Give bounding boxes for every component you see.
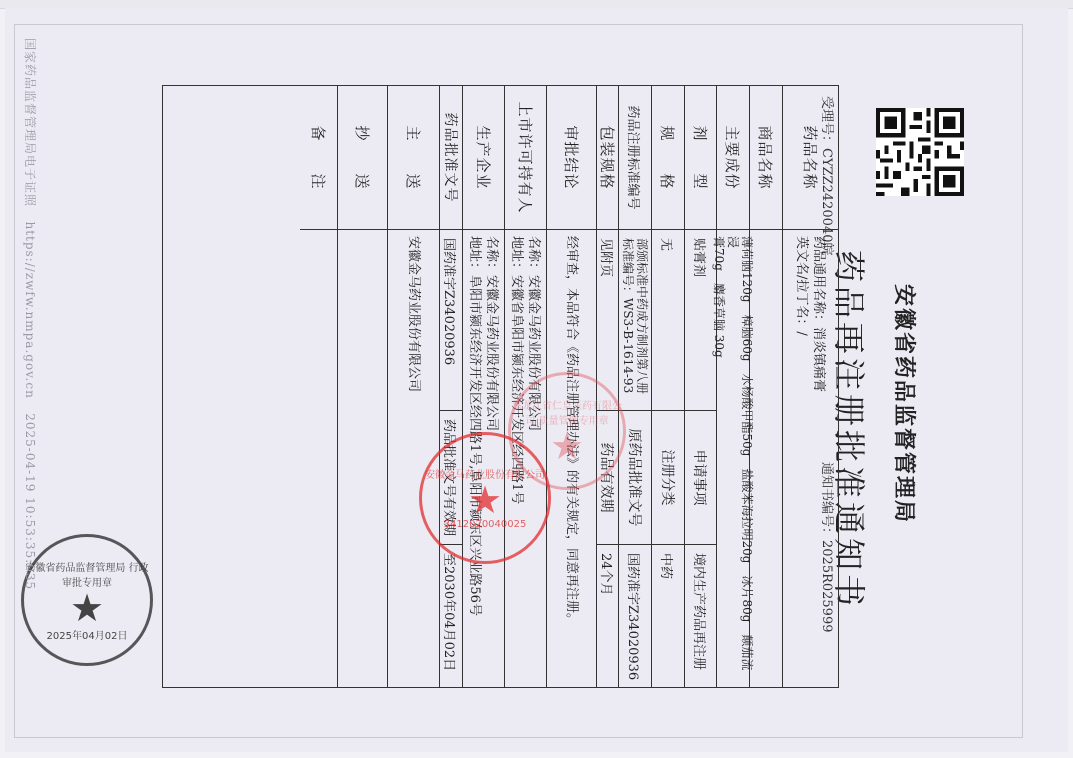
row-specification: 规 格 无 注册分类 中药 (651, 86, 684, 687)
row-remarks: 备 注 (300, 86, 337, 687)
packaging-label: 包装规格 (597, 86, 618, 230)
footer-source: 国家药品监督管理局电子证照 (23, 38, 37, 207)
row-drug-name: 药品名称 药品通用名称：消炎镇痛膏 英文名/拉丁名：/ (782, 86, 838, 687)
standard-line-1: 部颁标准中药成方制剂第八册 (635, 238, 649, 394)
row-main-recipient: 主 送 安徽金马药业股份有限公司 (387, 86, 439, 687)
ingredients-line-1: 薄荷脑120g 樟脑60g 水杨酸甲酯50g 盐酸苯海拉明20g 冰片80g 颠… (726, 236, 754, 681)
official-approval-seal: 安徽省药品监督管理局 行政审批专用章 ★ 2025年04月02日 (21, 534, 153, 666)
main-recipient-value: 安徽金马药业股份有限公司 (405, 236, 422, 681)
drug-name-label: 药品名称 (783, 86, 838, 230)
qr-code-icon[interactable] (876, 108, 964, 196)
row-dosage-form: 剂 型 贴膏剂 申请事项 境内生产药品再注册 (684, 86, 716, 687)
row-manufacturer: 生产企业 名称：安徽金马药业股份有限公司 地址：阜阳市颍东经济开发区经四路1号,… (462, 86, 504, 687)
trade-name-label: 商品名称 (750, 86, 782, 230)
approval-validity-value: 至2030年04月02日 (440, 545, 462, 685)
dosage-form-value: 贴膏剂 (685, 230, 716, 410)
original-approval-value: 国药准字Z34020936 (619, 545, 651, 685)
application-type-label: 申请事项 (685, 410, 716, 545)
approval-number-label: 药品批准文号 (440, 86, 462, 230)
rotated-certificate: 安徽省药品监督管理局 药品再注册批准通知书 受理号：CYZZ2420040皖 通… (14, 24, 1021, 736)
star-icon: ★ (550, 427, 584, 465)
electronic-license-footer: 国家药品监督管理局电子证照 https://zwfw.nmpa.gov.cn 2… (22, 38, 39, 590)
registration-category-value: 中药 (652, 545, 684, 685)
application-type-value: 境内生产药品再注册 (685, 545, 716, 685)
issuing-agency: 安徽省药品监督管理局 (890, 284, 921, 524)
ingredients-label: 主要成份 (717, 86, 749, 230)
row-ingredients: 主要成份 薄荷脑120g 樟脑60g 水杨酸甲酯50g 盐酸苯海拉明20g 冰片… (716, 86, 749, 687)
validity-value: 24个月 (597, 545, 618, 685)
cc-label: 抄 送 (338, 86, 387, 230)
specification-value: 无 (652, 230, 684, 410)
footer-timestamp: 2025-04-19 10:53:35:035 (23, 413, 37, 590)
standard-label: 药品注册标准编号 (619, 86, 651, 230)
footer-url[interactable]: https://zwfw.nmpa.gov.cn (23, 221, 37, 398)
dosage-form-label: 剂 型 (685, 86, 716, 230)
registration-category-label: 注册分类 (652, 410, 684, 545)
english-name: 英文名/拉丁名：/ (794, 236, 811, 681)
company-seal: 安徽金马药业股份有限公司 ★ 3412020040025 (419, 432, 551, 564)
row-standard: 药品注册标准编号 部颁标准中药成方制剂第八册 标准编号：WS3-B-1614-9… (618, 86, 651, 687)
row-cc: 抄 送 (337, 86, 387, 687)
conclusion-label: 审批结论 (547, 86, 596, 230)
mah-label: 上市许可持有人 (505, 86, 546, 230)
remarks-label: 备 注 (300, 86, 337, 230)
row-approval-number: 药品批准文号 国药准字Z34020936 药品批准文号有效期 至2030年04月… (439, 86, 462, 687)
star-icon: ★ (468, 481, 502, 519)
manufacturer-label: 生产企业 (463, 86, 504, 230)
approval-table: 药品名称 药品通用名称：消炎镇痛膏 英文名/拉丁名：/ 商品名称 主要成份 薄荷… (162, 85, 839, 688)
main-recipient-label: 主 送 (388, 86, 439, 230)
specification-label: 规 格 (652, 86, 684, 230)
star-icon: ★ (70, 589, 104, 627)
approval-number-value: 国药准字Z34020936 (440, 230, 462, 410)
standard-line-2: 标准编号：WS3-B-1614-93 (621, 238, 635, 393)
generic-name: 药品通用名称：消炎镇痛膏 (811, 236, 828, 681)
